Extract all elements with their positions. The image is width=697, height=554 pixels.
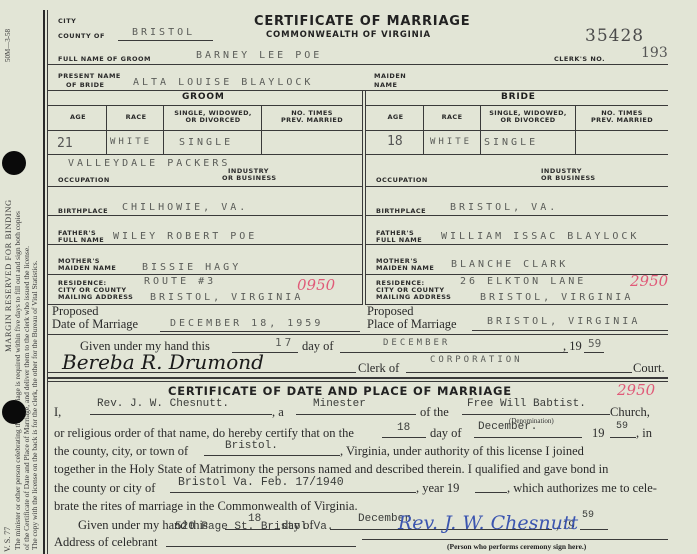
county-underline bbox=[118, 40, 213, 41]
bride-name-underline bbox=[48, 90, 668, 91]
groom-col-age: AGE bbox=[50, 114, 106, 121]
bride-father-label: FATHER'SFULL NAME bbox=[376, 230, 422, 244]
form-code: 50M—3-58 bbox=[4, 29, 13, 62]
bride-residence-label: RESIDENCE:CITY OR COUNTYMAILING ADDRESS bbox=[376, 280, 451, 301]
bride-occupation-line bbox=[366, 186, 668, 187]
groom-red-note: 0950 bbox=[297, 276, 335, 294]
celebrant-year-underline bbox=[580, 529, 608, 530]
marriage-month-value: December. bbox=[478, 421, 537, 433]
license-year-underline bbox=[584, 352, 604, 353]
bride-name-label-2: OF BRIDE bbox=[66, 82, 104, 89]
bride-red-note: 2950 bbox=[630, 272, 668, 290]
county-value: BRISTOL bbox=[132, 27, 195, 38]
bride-birthplace-line bbox=[366, 215, 668, 216]
groom-occupation-label: OCCUPATION bbox=[58, 177, 110, 184]
groom-birthplace: CHILHOWIE, VA. bbox=[122, 202, 248, 213]
groom-race: WHITE bbox=[110, 137, 152, 147]
groom-mother-line bbox=[48, 274, 362, 275]
left-border-outer bbox=[43, 10, 45, 554]
bond-underline bbox=[170, 492, 416, 493]
matrimony-text: together in the Holy State of Matrimony … bbox=[54, 462, 608, 477]
groom-mother: BISSIE HAGY bbox=[142, 262, 241, 273]
left-border-inner bbox=[47, 10, 48, 554]
officiant-title-underline bbox=[296, 414, 416, 415]
center-divider-1 bbox=[362, 91, 363, 305]
clerk-signature: Bereba R. Drumond bbox=[62, 350, 264, 374]
a-text: , a bbox=[272, 405, 284, 420]
groom-name-value: BARNEY LEE POE bbox=[196, 50, 322, 61]
groom-col-sep-2 bbox=[163, 106, 164, 154]
groom-industry-value: VALLEYDALE PACKERS bbox=[68, 158, 230, 169]
punch-hole-top bbox=[2, 151, 26, 175]
groom-status: SINGLE bbox=[179, 137, 233, 148]
bride-col-age: AGE bbox=[368, 114, 423, 121]
groom-name-underline bbox=[48, 64, 668, 65]
bride-col-times: NO. TIMESPREV. MARRIED bbox=[576, 110, 668, 124]
rites-text: brate the rites of marriage in the Commo… bbox=[54, 499, 358, 514]
bride-name-value: ALTA LOUISE BLAYLOCK bbox=[133, 77, 313, 88]
clerk-signature-underline bbox=[48, 372, 356, 373]
groom-father: WILEY ROBERT POE bbox=[113, 231, 257, 242]
date-place-red-note: 2950 bbox=[617, 381, 655, 399]
bride-residence-line2: BRISTOL, VIRGINIA bbox=[480, 292, 633, 303]
bride-mother: BLANCHE CLARK bbox=[451, 259, 568, 270]
bond-year-underline bbox=[475, 492, 507, 493]
bride-name-label-1: PRESENT NAME bbox=[58, 73, 121, 80]
address-underline bbox=[166, 546, 356, 547]
groom-values-line bbox=[48, 154, 362, 155]
license-year-prefix: , 19 bbox=[563, 339, 582, 354]
i-text: I, bbox=[54, 405, 61, 420]
bride-col-sep-3 bbox=[575, 106, 576, 154]
authorizes-text: , which authorizes me to cele- bbox=[507, 481, 657, 496]
maiden-name-label-2: NAME bbox=[374, 82, 397, 89]
proposed-date-label: ProposedDate of Marriage bbox=[52, 305, 138, 331]
bride-mother-line bbox=[366, 274, 668, 275]
bond-year-text: , year 19 bbox=[416, 481, 459, 496]
address-value: 520 Page St. Bristol Va. bbox=[175, 521, 333, 533]
section-separator-2 bbox=[48, 381, 668, 382]
church-text: Church, bbox=[610, 405, 650, 420]
marriage-year-underline bbox=[610, 437, 636, 438]
court-text: Court. bbox=[633, 361, 665, 376]
court-value: CORPORATION bbox=[430, 355, 523, 365]
date-place-title: CERTIFICATE OF DATE AND PLACE OF MARRIAG… bbox=[168, 384, 512, 398]
in-text: , in bbox=[636, 426, 652, 441]
marriage-year-prefix: 19 bbox=[592, 426, 605, 441]
groom-residence-line1: ROUTE #3 bbox=[144, 276, 216, 287]
license-month-underline bbox=[340, 352, 568, 353]
maiden-name-label-1: MAIDEN bbox=[374, 73, 406, 80]
form-number: V. S. 77 bbox=[4, 527, 13, 552]
groom-name-label: FULL NAME OF GROOM bbox=[58, 56, 151, 63]
bride-industry-label: INDUSTRYOR BUSINESS bbox=[541, 168, 596, 182]
groom-col-status: SINGLE, WIDOWED,OR DIVORCED bbox=[164, 110, 262, 124]
bride-title-line bbox=[366, 105, 668, 106]
bride-mother-label: MOTHER'SMAIDEN NAME bbox=[376, 258, 434, 272]
clerk-of-text: Clerk of bbox=[358, 361, 399, 376]
officiant-value: Rev. J. W. Chesnutt. bbox=[97, 398, 229, 410]
bond-value: Bristol Va. Feb. 17/1940 bbox=[178, 476, 344, 489]
margin-instructions-3: The copy with the license on the back is… bbox=[31, 260, 40, 550]
town-underline bbox=[204, 455, 340, 456]
bride-status: SINGLE bbox=[484, 137, 538, 148]
bride-section-title: BRIDE bbox=[501, 92, 536, 102]
bride-col-sep-2 bbox=[480, 106, 481, 154]
groom-industry-label: INDUSTRYOR BUSINESS bbox=[222, 168, 277, 182]
address-label: Address of celebrant bbox=[54, 535, 157, 550]
bride-occupation-label: OCCUPATION bbox=[376, 177, 428, 184]
certificate-number: 35428 bbox=[585, 26, 644, 46]
margin-reserved-title: MARGIN RESERVED FOR BINDING bbox=[4, 199, 13, 352]
officiant-underline bbox=[90, 414, 272, 415]
bride-header-line bbox=[366, 130, 668, 131]
marriage-day-of-text: day of bbox=[430, 426, 462, 441]
signature-caption: (Person who performs ceremony sign here.… bbox=[447, 542, 586, 551]
proposed-section-line bbox=[48, 334, 668, 335]
county-label: COUNTY OF bbox=[58, 33, 105, 40]
marriage-year-value: 59 bbox=[616, 421, 628, 432]
bride-father: WILLIAM ISSAC BLAYLOCK bbox=[441, 231, 639, 242]
officiant-title-value: Minester bbox=[313, 398, 366, 410]
certificate-subtitle: COMMONWEALTH OF VIRGINIA bbox=[266, 30, 431, 40]
bride-col-race: RACE bbox=[424, 114, 480, 121]
bride-col-sep-1 bbox=[423, 106, 424, 154]
license-day-of-text: day of bbox=[302, 339, 334, 354]
clerks-no-value: 193 bbox=[641, 45, 668, 61]
bride-age: 18 bbox=[387, 134, 403, 149]
groom-age: 21 bbox=[57, 136, 73, 151]
denomination-underline bbox=[462, 414, 610, 415]
proposed-date-value: DECEMBER 18, 1959 bbox=[170, 318, 323, 329]
license-month-value: DECEMBER bbox=[383, 338, 450, 348]
proposed-place-value: BRISTOL, VIRGINIA bbox=[487, 316, 640, 327]
license-year-value: 59 bbox=[588, 337, 601, 350]
denomination-value: Free Will Babtist. bbox=[467, 398, 586, 410]
certify-text: or religious order of that name, do here… bbox=[54, 426, 354, 441]
town-value: Bristol. bbox=[225, 440, 278, 452]
groom-occupation-line bbox=[48, 186, 362, 187]
groom-birthplace-line bbox=[48, 215, 362, 216]
city-label: CITY bbox=[58, 18, 76, 25]
groom-col-sep-3 bbox=[261, 106, 262, 154]
celebrant-signature-underline bbox=[362, 539, 668, 540]
clerks-no-label: CLERK'S NO. bbox=[554, 56, 605, 63]
bride-birthplace: BRISTOL, VA. bbox=[450, 202, 558, 213]
certificate-title: CERTIFICATE OF MARRIAGE bbox=[254, 14, 470, 29]
binding-margin: 50M—3-58 MARGIN RESERVED FOR BINDING The… bbox=[0, 0, 46, 554]
bride-birthplace-label: BIRTHPLACE bbox=[376, 208, 426, 215]
celebrant-year-value: 59 bbox=[582, 510, 594, 521]
groom-residence-line2: BRISTOL, VIRGINIA bbox=[150, 292, 303, 303]
bride-values-line bbox=[366, 154, 668, 155]
proposed-date-underline bbox=[160, 331, 360, 332]
bride-father-line bbox=[366, 244, 668, 245]
groom-birthplace-label: BIRTHPLACE bbox=[58, 208, 108, 215]
of-the-text: of the bbox=[420, 405, 449, 420]
proposed-place-label: ProposedPlace of Marriage bbox=[367, 305, 457, 331]
bride-residence-line1: 26 ELKTON LANE bbox=[460, 276, 586, 287]
celebrant-signature: Rev. J. W. Chesnutt bbox=[398, 512, 578, 534]
proposed-place-underline bbox=[472, 330, 668, 331]
groom-father-line bbox=[48, 244, 362, 245]
groom-col-race: RACE bbox=[108, 114, 164, 121]
groom-col-times: NO. TIMESPREV. MARRIED bbox=[262, 110, 362, 124]
court-underline bbox=[406, 372, 632, 373]
groom-title-line bbox=[48, 105, 362, 106]
license-authority-text: , Virginia, under authority of this lice… bbox=[340, 444, 584, 459]
groom-residence-label: RESIDENCE:CITY OR COUNTYMAILING ADDRESS bbox=[58, 280, 133, 301]
town-text: the county, city, or town of bbox=[54, 444, 188, 459]
bride-race: WHITE bbox=[430, 137, 472, 147]
groom-mother-label: MOTHER'SMAIDEN NAME bbox=[58, 258, 116, 272]
punch-hole-bottom bbox=[2, 400, 26, 424]
bond-county-text: the county or city of bbox=[54, 481, 155, 496]
groom-header-line bbox=[48, 130, 362, 131]
groom-father-label: FATHER'SFULL NAME bbox=[58, 230, 104, 244]
license-day-value: 17 bbox=[275, 336, 294, 349]
groom-section-title: GROOM bbox=[182, 92, 225, 102]
marriage-day-value: 18 bbox=[397, 422, 410, 434]
section-separator-1 bbox=[48, 377, 668, 379]
marriage-month-underline bbox=[474, 437, 582, 438]
marriage-day-underline bbox=[382, 437, 426, 438]
groom-col-sep-1 bbox=[106, 106, 107, 154]
bride-col-status: SINGLE, WIDOWED,OR DIVORCED bbox=[481, 110, 575, 124]
center-divider-2 bbox=[365, 91, 366, 305]
